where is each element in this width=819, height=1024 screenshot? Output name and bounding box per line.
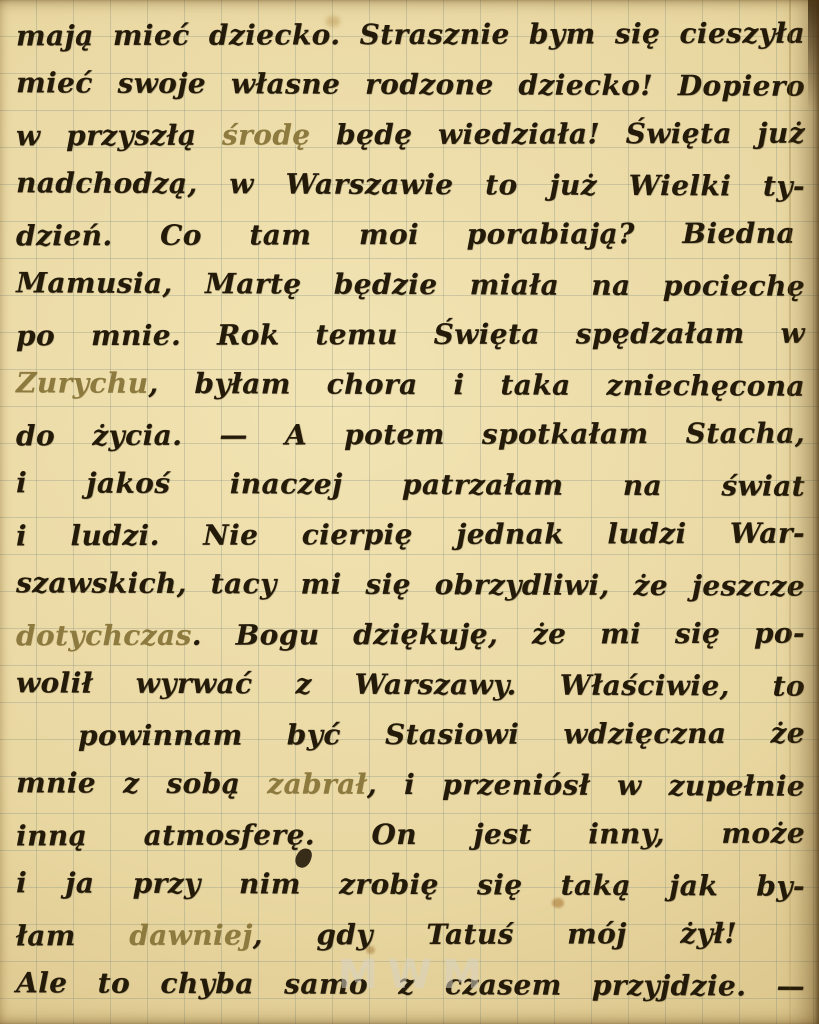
handwritten-line-2: mieć swoje własne rodzone dziecko! Dopie… [16, 58, 805, 111]
handwritten-line-17: inną atmosferę. On jest inny, może [16, 809, 805, 862]
handwritten-line-3: w przyszłą środę będę wiedziała! Święta … [16, 109, 805, 162]
handwritten-line-13: dotychczas. Bogu dziękuję, że mi się po- [16, 609, 805, 662]
handwritten-line-9: do życia. — A potem spotkałam Stacha, [16, 409, 805, 462]
handwritten-line-15: powinnam być Stasiowi wdzięczna że [16, 709, 805, 762]
handwritten-line-8: Zurychu, byłam chora i taka zniechęcona [16, 358, 805, 411]
handwritten-line-10: i jakoś inaczej patrzałam na świat [16, 458, 805, 511]
handwritten-line-1: mają mieć dziecko. Strasznie bym się cie… [16, 9, 805, 62]
handwritten-line-11: i ludzi. Nie cierpię jednak ludzi War- [16, 509, 805, 562]
handwritten-line-4: nadchodzą, w Warszawie to już Wielki ty- [16, 158, 805, 211]
handwritten-line-16: mnie z sobą zabrał, i przeniósł w zupełn… [16, 758, 805, 811]
handwritten-line-5: dzień. Co tam moi porabiają? Biedna [16, 209, 805, 262]
handwritten-line-12: szawskich, tacy mi się obrzydliwi, że je… [16, 558, 805, 611]
letter-body: mają mieć dziecko. Strasznie bym się cie… [0, 0, 819, 1010]
handwritten-line-18: i ja przy nim zrobię się taką jak by- [16, 858, 805, 911]
handwritten-line-20: Ale to chyba samo z czasem przyjdzie. — [16, 958, 805, 1011]
letter-page: mają mieć dziecko. Strasznie bym się cie… [0, 0, 819, 1024]
handwritten-line-6: Mamusia, Martę będzie miała na pociechę [16, 258, 805, 311]
handwritten-line-19: łam dawniej, gdy Tatuś mój żył! [16, 909, 805, 962]
handwritten-line-7: po mnie. Rok temu Święta spędzałam w [16, 309, 805, 362]
handwritten-line-14: wolił wyrwać z Warszawy. Właściwie, to [16, 658, 805, 711]
